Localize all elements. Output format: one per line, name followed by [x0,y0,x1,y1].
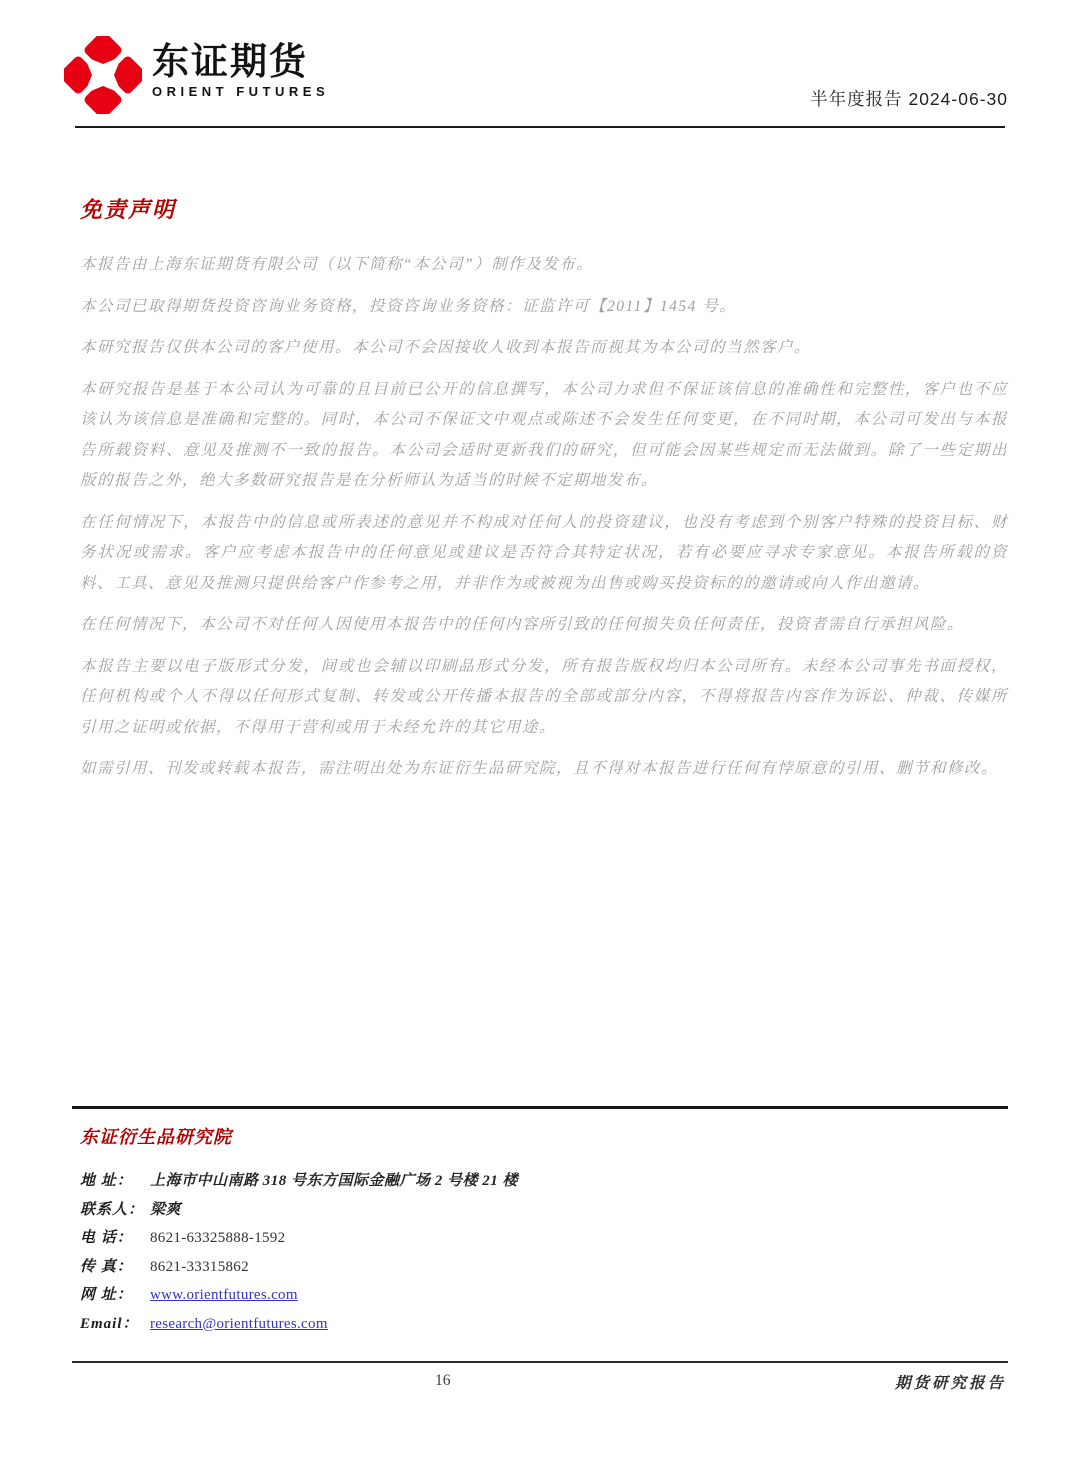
logo-en-text: ORIENT FUTURES [152,84,329,100]
contact-row-phone: 电 话： 8621-63325888-1592 [80,1226,1008,1255]
website-label: 网 址： [80,1283,150,1304]
phone-value: 8621-63325888-1592 [150,1230,285,1247]
disclaimer-paragraph: 在任何情况下，本报告中的信息或所表述的意见并不构成对任何人的投资建议，也没有考虑… [80,508,1008,600]
contact-row-website: 网 址： www.orientfutures.com [80,1283,1008,1312]
page-footer: 16 期货研究报告 [72,1361,1008,1403]
address-label: 地 址： [80,1169,150,1190]
disclaimer-title: 免责声明 [80,193,1008,224]
contact-row-address: 地 址： 上海市中山南路 318 号东方国际金融广场 2 号楼 21 楼 [80,1169,1008,1198]
contact-person-value: 梁爽 [150,1198,181,1219]
phone-label: 电 话： [80,1226,150,1247]
orient-futures-pinwheel-icon [64,36,142,114]
website-link[interactable]: www.orientfutures.com [150,1287,298,1304]
fax-value: 8621-33315862 [150,1259,249,1276]
footer-report-label: 期货研究报告 [895,1371,1006,1393]
institute-contact-section: 东证衍生品研究院 地 址： 上海市中山南路 318 号东方国际金融广场 2 号楼… [72,1106,1008,1340]
logo-cn-text: 东证期货 [152,42,329,82]
disclaimer-paragraph: 本公司已取得期货投资咨询业务资格，投资咨询业务资格：证监许可【2011】1454… [80,292,1008,323]
contact-row-fax: 传 真： 8621-33315862 [80,1255,1008,1284]
contact-person-label: 联系人： [80,1198,150,1219]
page-number: 16 [435,1372,451,1390]
disclaimer-paragraph: 在任何情况下，本公司不对任何人因使用本报告中的任何内容所引致的任何损失负任何责任… [80,610,1008,641]
header-divider [75,126,1005,128]
disclaimer-paragraph: 本报告由上海东证期货有限公司（以下简称“本公司”）制作及发布。 [80,250,1008,281]
email-label: Email： [80,1312,150,1333]
company-logo: 东证期货 ORIENT FUTURES [64,36,329,114]
report-type-date: 半年度报告 2024-06-30 [810,86,1008,111]
institute-title: 东证衍生品研究院 [80,1123,1008,1149]
report-disclaimer-page: 东证期货 ORIENT FUTURES 半年度报告 2024-06-30 免责声… [0,0,1080,1466]
disclaimer-paragraph: 本研究报告是基于本公司认为可靠的且目前已公开的信息撰写，本公司力求但不保证该信息… [80,375,1008,497]
email-link[interactable]: research@orientfutures.com [150,1316,328,1333]
contact-row-email: Email： research@orientfutures.com [80,1312,1008,1341]
address-value: 上海市中山南路 318 号东方国际金融广场 2 号楼 21 楼 [150,1169,518,1190]
fax-label: 传 真： [80,1255,150,1276]
disclaimer-section: 免责声明 本报告由上海东证期货有限公司（以下简称“本公司”）制作及发布。 本公司… [80,193,1008,796]
disclaimer-paragraph: 本研究报告仅供本公司的客户使用。本公司不会因接收人收到本报告而视其为本公司的当然… [80,333,1008,364]
disclaimer-paragraph: 如需引用、刊发或转载本报告，需注明出处为东证衍生品研究院，且不得对本报告进行任何… [80,754,1008,785]
disclaimer-paragraph: 本报告主要以电子版形式分发，间或也会辅以印刷品形式分发，所有报告版权均归本公司所… [80,652,1008,744]
contact-row-contact-person: 联系人： 梁爽 [80,1198,1008,1227]
